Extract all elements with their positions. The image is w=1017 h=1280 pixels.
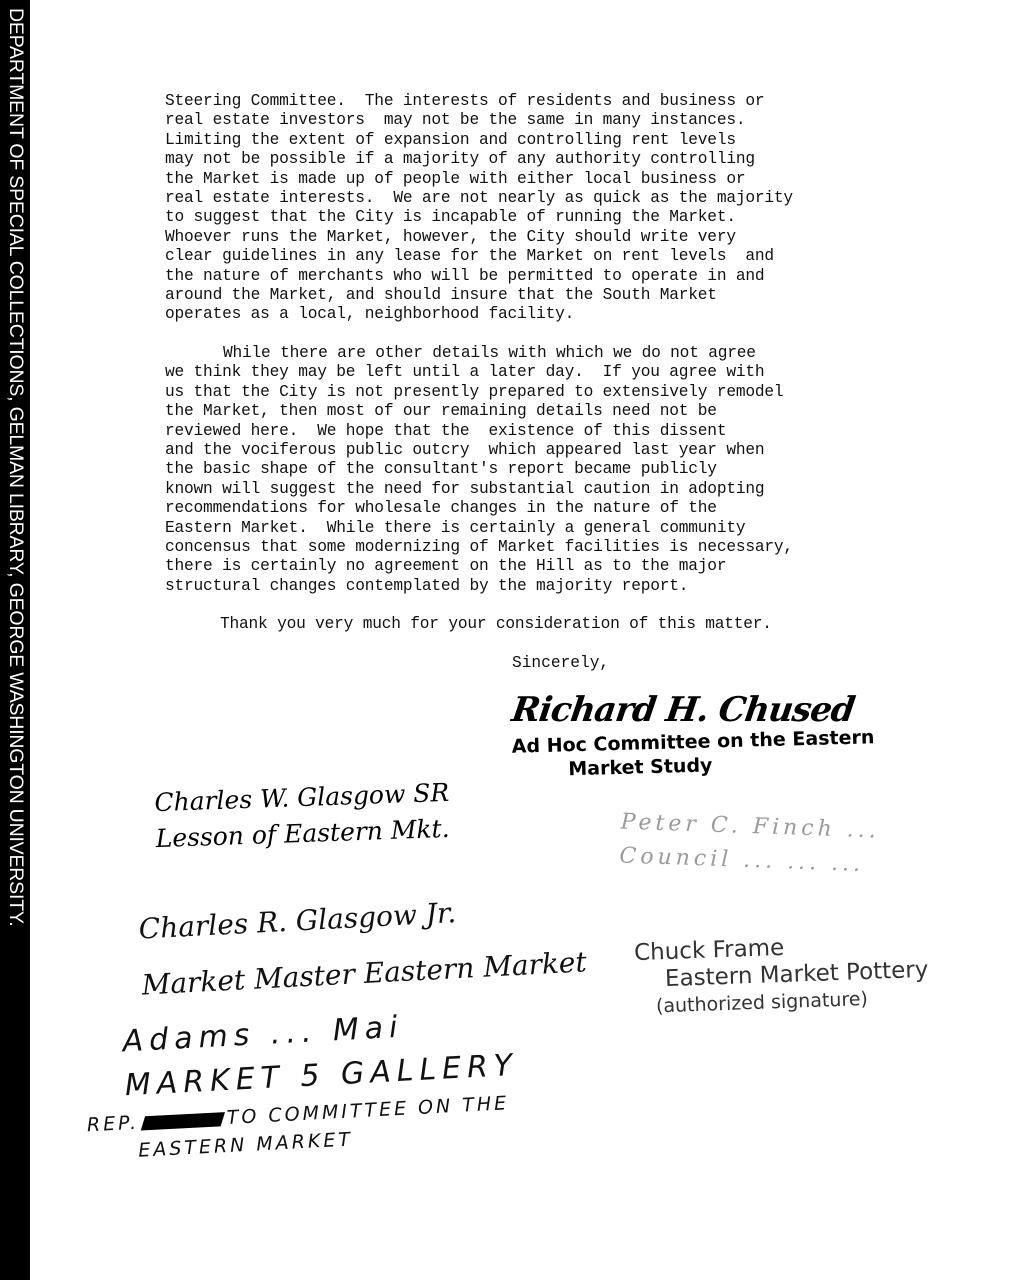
text-line: real estate interests. We are not nearly…: [165, 189, 965, 208]
text-line: and the vociferous public outcry which a…: [165, 441, 965, 460]
text-line: Eastern Market. While there is certainly…: [165, 519, 965, 538]
text-line: recommendations for wholesale changes in…: [165, 499, 965, 518]
text-line: may not be possible if a majority of any…: [165, 150, 965, 169]
text-line: the Market is made up of people with eit…: [165, 170, 965, 189]
paragraph-2: While there are other details with which…: [165, 344, 965, 596]
signature-main: Richard H. Chused: [509, 690, 857, 730]
text-line: operates as a local, neighborhood facili…: [165, 305, 965, 324]
text-line: us that the City is not presently prepar…: [165, 383, 965, 402]
text-line: the basic shape of the consultant's repo…: [165, 460, 965, 479]
archive-stamp-text: DEPARTMENT OF SPECIAL COLLECTIONS, GELMA…: [4, 8, 27, 926]
text-line: we think they may be left until a later …: [165, 363, 965, 382]
signature-charles-jr: Charles R. Glasgow Jr. Market Master Eas…: [137, 878, 588, 1013]
signature-chuck: Chuck Frame Eastern Market Pottery (auth…: [634, 930, 930, 1021]
text-line: real estate investors may not be the sam…: [165, 111, 965, 130]
text-line: clear guidelines in any lease for the Ma…: [165, 247, 965, 266]
paragraph-1: Steering Committee. The interests of res…: [165, 92, 965, 325]
text-line: structural changes contemplated by the m…: [165, 577, 965, 596]
text-line: the nature of merchants who will be perm…: [165, 267, 965, 286]
crossed-out-scribble: [141, 1112, 225, 1130]
text-line: known will suggest the need for substant…: [165, 480, 965, 499]
signature-faint: Peter C. Finch ... Council ... ... ...: [619, 805, 880, 882]
signature-charles-sr: Charles W. Glasgow SR Lesson of Eastern …: [154, 775, 451, 857]
text-line: Limiting the extent of expansion and con…: [165, 131, 965, 150]
text-line: around the Market, and should insure tha…: [165, 286, 965, 305]
signature-chuck-name: Chuck Frame: [634, 935, 785, 966]
signature-gallery: Adams ... Mai MARKET 5 GALLERY REP.TO CO…: [122, 1000, 523, 1164]
thanks-line: Thank you very much for your considerati…: [165, 615, 965, 634]
text-line: reviewed here. We hope that the existenc…: [165, 422, 965, 441]
text-line: While there are other details with which…: [165, 344, 965, 363]
text-line: there is certainly no agreement on the H…: [165, 557, 965, 576]
text-line: the Market, then most of our remaining d…: [165, 402, 965, 421]
archive-stamp-strip: DEPARTMENT OF SPECIAL COLLECTIONS, GELMA…: [0, 0, 30, 1280]
text-line: concensus that some modernizing of Marke…: [165, 538, 965, 557]
text-line: Steering Committee. The interests of res…: [165, 92, 965, 111]
rep-prefix: REP.: [86, 1112, 139, 1137]
letter-body: Steering Committee. The interests of res…: [165, 92, 965, 635]
text-line: Whoever runs the Market, however, the Ci…: [165, 228, 965, 247]
text-line: to suggest that the City is incapable of…: [165, 208, 965, 227]
signature-main-title: Ad Hoc Committee on the Eastern Market S…: [511, 725, 875, 782]
closing: Sincerely,: [512, 654, 609, 672]
